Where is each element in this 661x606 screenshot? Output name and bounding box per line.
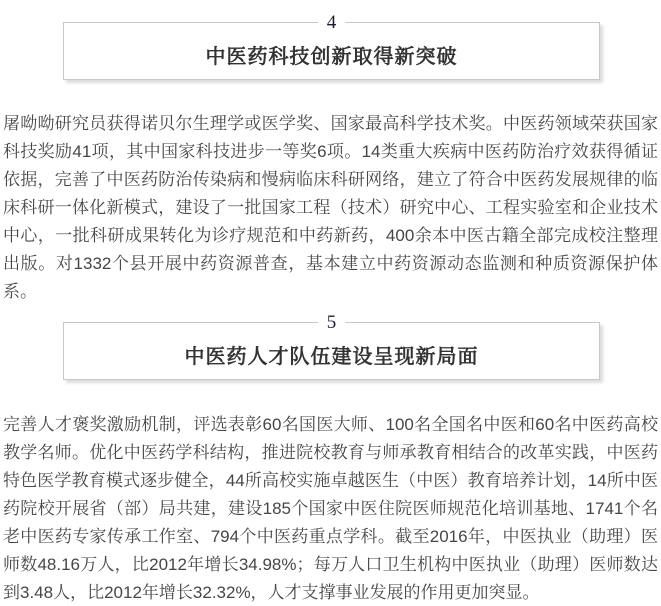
document-page: 4 中医药科技创新取得新突破 屠呦呦研究员获得诺贝尔生理学或医学奖、国家最高科学… bbox=[0, 0, 661, 606]
section-4-header-box: 4 中医药科技创新取得新突破 bbox=[63, 22, 600, 80]
section-4-body-paragraph: 屠呦呦研究员获得诺贝尔生理学或医学奖、国家最高科学技术奖。中医药领域荣获国家科技… bbox=[3, 110, 658, 306]
section-4-number: 4 bbox=[318, 10, 346, 35]
section-5-number: 5 bbox=[318, 310, 346, 335]
section-5-body-paragraph: 完善人才褒奖激励机制，评选表彰60名国医大师、100名全国名中医和60名中医药高… bbox=[3, 411, 658, 606]
section-5-header-box: 5 中医药人才队伍建设呈现新局面 bbox=[63, 322, 600, 380]
